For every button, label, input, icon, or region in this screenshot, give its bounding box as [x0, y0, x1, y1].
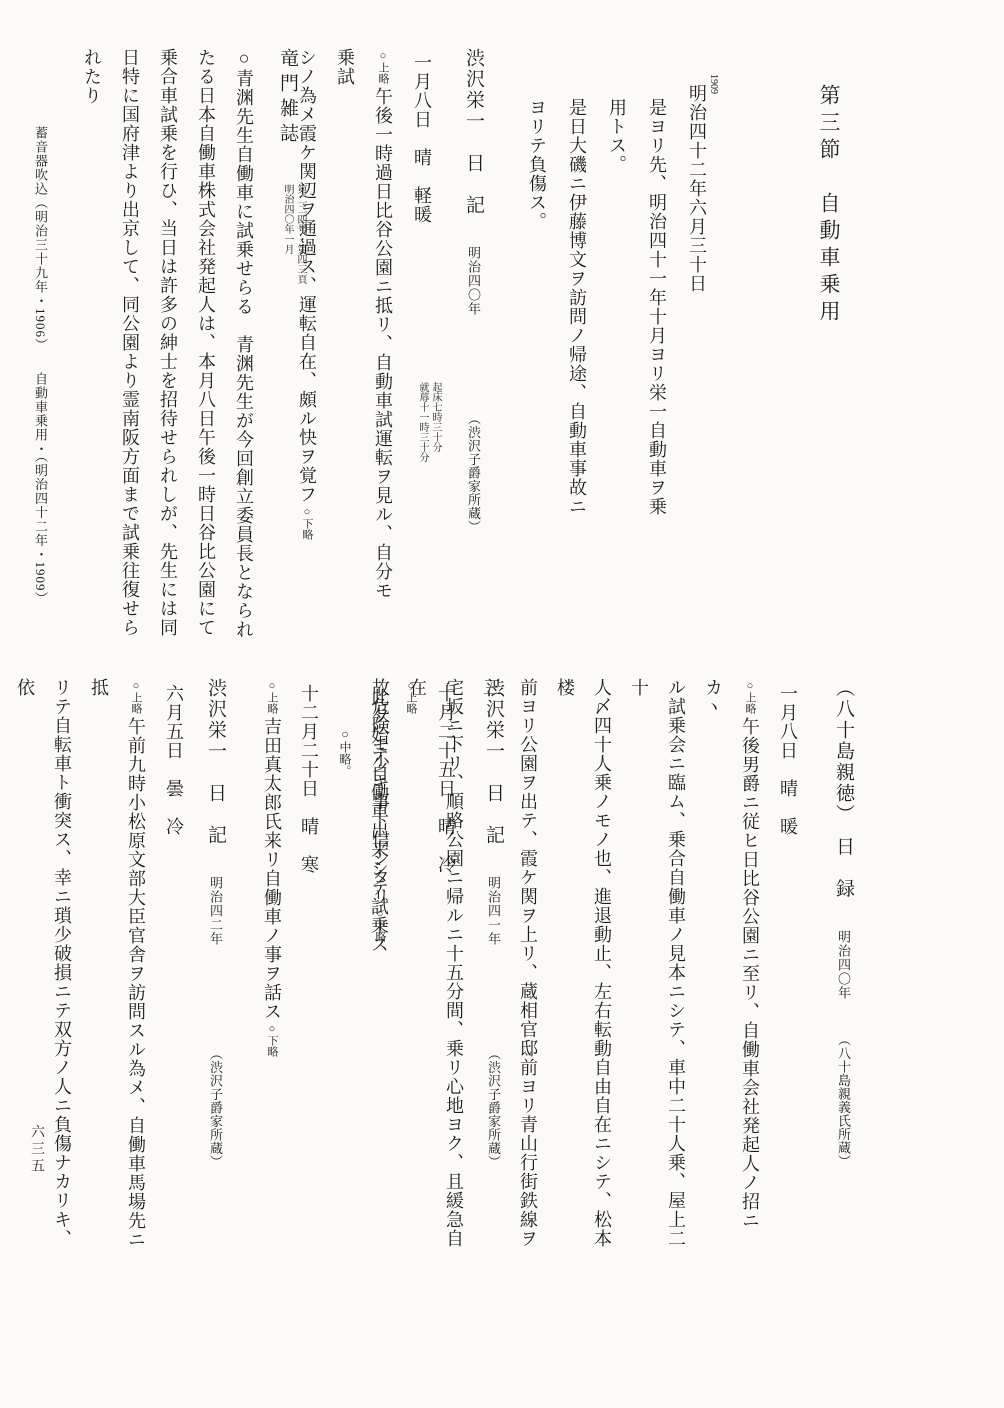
running-header-part: 蓄音器吹込（明治三十九年・1906）	[33, 126, 48, 352]
source-label: （渋沢子爵家所蔵）	[472, 1047, 514, 1169]
western-year-label: 1909	[693, 74, 733, 94]
magazine-title: 竜門雑誌	[277, 48, 298, 148]
intro-line: 是日大磯ニ伊藤博文ヲ訪問ノ帰途、自動車事故ニ	[557, 76, 597, 576]
quote-text: 午前九時小松原文部大臣官舎ヲ訪問スル為メ、自働車馬場先ニ抵	[89, 678, 146, 1249]
quote-line: ○上略午後男爵ニ従ヒ日比谷公園ニ至リ、自働車会社発起人ノ招ニカヽ	[694, 678, 768, 1253]
date-line: 六月五日 曇 冷	[154, 678, 194, 1253]
intro-date-column: 1909明治四十二年六月三十日	[677, 76, 717, 576]
running-header-part: 自動車乗用・（明治四十二年・1909）	[33, 372, 48, 606]
page-number: 六三五	[26, 1124, 46, 1175]
marker-column: ○上略	[396, 678, 426, 1253]
diary-block-meiji40: 渋沢栄一 日 記明治四〇年（渋沢子爵家所蔵） 一月八日 晴 軽暖起床七時三十分就…	[288, 48, 494, 602]
intro-block: 1909明治四十二年六月三十日 是ヨリ先、明治四十一年十月ヨリ栄一自動車ヲ乗 用…	[517, 76, 717, 576]
date-text: 一月八日 晴 軽暖	[412, 53, 432, 224]
section-title: 第三節 自動車乗用	[807, 84, 851, 327]
quote-text: 午後男爵ニ従ヒ日比谷公園ニ至リ、自働車会社発起人ノ招ニカヽ	[703, 678, 760, 1230]
era-label: 明治四二年	[208, 876, 223, 946]
magazine-line: ○青渊先生自働車に試乗せらる 青渊先生が今回創立委員長となられ	[225, 48, 263, 648]
magazine-line: たる日本自働車株式会社発起人は、本月八日午後一時日谷比公園にて	[187, 48, 225, 648]
date-text: 一月八日 晴 暖	[778, 684, 798, 836]
date-text: 十月二十五日 晴 冷	[436, 684, 456, 874]
warichu-line: 就蓐十一時三十分	[416, 382, 429, 462]
era-label: 明治四一年	[486, 876, 501, 946]
warichu-line: 明治四〇年一月	[281, 184, 294, 284]
marker-joryaku: ○上略	[130, 680, 142, 714]
section-heading-block: 第三節 自動車乗用	[807, 84, 851, 327]
diary-block-meiji41: 渋沢栄一 日 記明治四一年（渋沢子爵家所蔵） 十月二十五日 晴 冷 ○上略 此夕…	[254, 678, 514, 1253]
intro-line: 用トス。	[597, 76, 637, 576]
marker-joryaku: ○上略	[405, 680, 417, 714]
date-text: 六月五日 曇 冷	[164, 684, 184, 836]
magazine-line: 日特に国府津より出京して、同公園より霊南阪方面まで試乗往復せら	[111, 48, 149, 648]
diary-title: 渋沢栄一 日 記	[205, 678, 226, 846]
diary-title: 渋沢栄一 日 記	[483, 678, 504, 846]
quote-line: ル試乗会ニ臨ム、乗合自働車ノ見本ニシテ、車中二十人乗、屋上二十	[620, 678, 694, 1253]
date-line: 十二月二十日 晴 寒	[290, 678, 328, 1253]
date-text: 十二月二十日 晴 寒	[299, 684, 319, 874]
era-label: 明治四〇年	[836, 930, 851, 1000]
magazine-heading: 竜門雑誌第二二四号・第四三頁明治四〇年一月	[265, 48, 309, 648]
magazine-line: れたり	[73, 48, 111, 648]
diary-heading: 渋沢栄一 日 記明治四二年（渋沢子爵家所蔵）	[194, 678, 236, 1168]
source-label: （渋沢子爵家所蔵）	[194, 1047, 236, 1169]
warichu-line: 起床七時三十分	[429, 382, 442, 462]
source-label: （八十島親義氏所蔵）	[822, 1033, 864, 1168]
source-label: （渋沢子爵家所蔵）	[452, 412, 494, 534]
quote-line: ○上略吉田真太郎氏来リ自働車ノ事ヲ話ス○下略	[254, 678, 290, 1253]
diary-heading: 渋沢栄一 日 記明治四〇年（渋沢子爵家所蔵）	[452, 48, 494, 533]
diary-title: 渋沢栄一 日 記	[463, 48, 484, 216]
quote-text: ル試乗会ニ臨ム、乗合自働車ノ見本ニシテ、車中二十人乗、屋上二十	[629, 678, 686, 1248]
running-header: 蓄音器吹込（明治三十九年・1906）自動車乗用・（明治四十二年・1909）	[30, 126, 50, 606]
magazine-block: 竜門雑誌第二二四号・第四三頁明治四〇年一月 ○青渊先生自働車に試乗せらる 青渊先…	[73, 48, 309, 648]
era-label: 明治四〇年	[466, 246, 481, 316]
quote-text: 午後一時過日比谷公園ニ抵リ、自動車試運転ヲ見ル、自分モ乗試	[335, 48, 393, 600]
quote-line: ○上略午前九時小松原文部大臣官舎ヲ訪問スル為メ、自働車馬場先ニ抵	[80, 678, 154, 1253]
marker-joryaku: ○上略	[266, 680, 278, 714]
quote-line: 人〆四十人乗ノモノ也、進退動止、左右転動自由自在ニシテ、松本楼	[546, 678, 620, 1253]
magazine-line: 乗合車試乗を行ひ、当日は許多の紳士を招待せられしが、先生には同	[149, 48, 187, 648]
marker-column: ○中略。	[328, 678, 362, 1253]
quote-line: 此夕始テ自働車出来シテ試乗ス	[362, 678, 396, 1253]
quote-line: ○上略午後一時過日比谷公園ニ抵リ、自動車試運転ヲ見ル、自分モ乗試	[326, 48, 402, 602]
date-line: 一月八日 晴 暖	[768, 678, 808, 1253]
date-line: 十月二十五日 晴 冷	[426, 678, 466, 1253]
intro-line: 是ヨリ先、明治四十一年十月ヨリ栄一自動車ヲ乗	[637, 76, 677, 576]
journal-heading: （八十島親徳） 日 録明治四〇年（八十島親義氏所蔵）	[822, 678, 864, 1168]
warichu-note: 起床七時三十分就蓐十一時三十分	[416, 382, 442, 462]
marker-geryaku: ○下略	[266, 1023, 278, 1057]
date-line: 一月八日 晴 軽暖起床七時三十分就蓐十一時三十分	[402, 48, 442, 602]
marker-joryaku: ○上略	[377, 50, 389, 84]
intro-date-heading: 明治四十二年六月三十日	[687, 84, 707, 293]
journal-title: （八十島親徳） 日 録	[833, 678, 854, 900]
intro-line: ヨリテ負傷ス。	[517, 76, 557, 576]
warichu-note: 第二二四号・第四三頁明治四〇年一月	[281, 184, 307, 284]
diary-heading: 渋沢栄一 日 記明治四一年（渋沢子爵家所蔵）	[472, 678, 514, 1168]
scanned-book-page: 第三節 自動車乗用 1909明治四十二年六月三十日 是ヨリ先、明治四十一年十月ヨ…	[0, 0, 1004, 1408]
quote-text: 人〆四十人乗ノモノ也、進退動止、左右転動自由自在ニシテ、松本楼	[555, 678, 612, 1248]
warichu-line: 第二二四号・第四三頁	[294, 184, 307, 284]
marker-joryaku: ○上略	[744, 680, 756, 714]
marker-churyaku: ○中略。	[338, 727, 352, 777]
quote-text: 吉田真太郎氏来リ自働車ノ事ヲ話ス	[262, 717, 282, 1021]
